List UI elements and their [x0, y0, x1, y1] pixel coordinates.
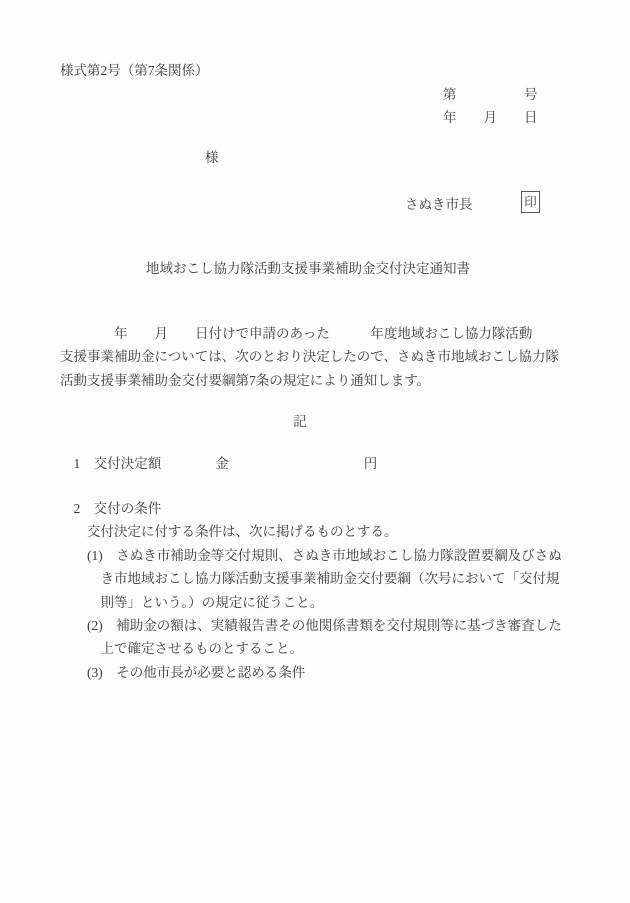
condition-line: 交付決定に付する条件は、次に掲げるものとする。 — [60, 520, 590, 543]
condition-line: 2 交付の条件 — [60, 497, 590, 520]
body-paragraph: 年 月 日付けで申請のあった 年度地域おこし協力隊活動 支援事業補助金については… — [60, 322, 580, 392]
document-date-line: 年 月 日 — [443, 109, 538, 127]
body-line: 年 月 日付けで申請のあった 年度地域おこし協力隊活動 — [60, 322, 580, 345]
body-line: 支援事業補助金については、次のとおり決定したので、さぬき市地域おこし協力隊 — [60, 345, 580, 368]
item-grant-amount: 1 交付決定額 金 円 — [60, 455, 377, 473]
condition-line: き市地域おこし協力隊活動支援事業補助金交付要綱（次号において「交付規 — [60, 567, 590, 590]
addressee-honorific: 様 — [205, 149, 219, 167]
condition-line: 則等」という。）の規定に従うこと。 — [60, 591, 590, 614]
sender-title: さぬき市長 — [405, 196, 473, 214]
document-title: 地域おこし協力隊活動支援事業補助金交付決定通知書 — [0, 257, 616, 277]
form-number-label: 様式第2号（第7条関係） — [60, 62, 209, 80]
document-number-line: 第 号 — [443, 86, 538, 104]
record-heading: 記 — [0, 410, 600, 430]
condition-line: (2) 補助金の額は、実績報告書その他関係書類を交付規則等に基づき審査した — [60, 614, 590, 637]
condition-line: (3) その他市長が必要と認める条件 — [60, 661, 590, 684]
condition-line: (1) さぬき市補助金等交付規則、さぬき市地域おこし協力隊設置要綱及びさぬ — [60, 544, 590, 567]
condition-line: 上で確定させるものとすること。 — [60, 637, 590, 660]
document-page: 様式第2号（第7条関係） 第 号 年 月 日 様 さぬき市長 印 地域おこし協力… — [0, 0, 630, 903]
body-line: 活動支援事業補助金交付要綱第7条の規定により通知します。 — [60, 369, 580, 392]
item-grant-conditions: 2 交付の条件 交付決定に付する条件は、次に掲げるものとする。 (1) さぬき市… — [60, 497, 590, 684]
seal-placeholder-box: 印 — [521, 191, 540, 213]
